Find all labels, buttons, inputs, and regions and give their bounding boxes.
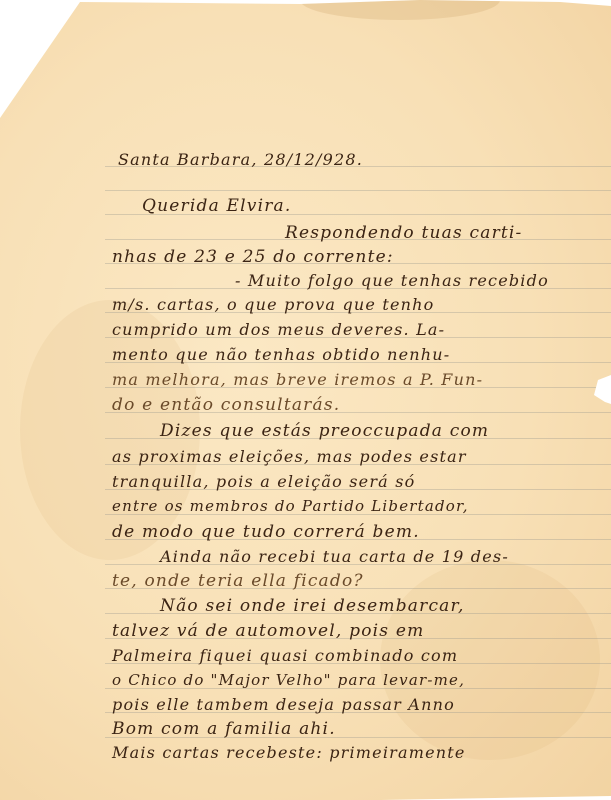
letter-line: de modo que tudo correrá bem. <box>112 522 420 542</box>
letter-line: entre os membros do Partido Libertador, <box>112 497 469 515</box>
letter-line: Mais cartas recebeste: primeiramente <box>112 743 466 762</box>
letter-line: Palmeira fiquei quasi combinado com <box>112 646 458 665</box>
letter-line: Não sei onde irei desembarcar, <box>160 596 465 616</box>
letter-paper: Santa Barbara, 28/12/928. Querida Elvira… <box>0 0 611 800</box>
letter-line: Dizes que estás preoccupada com <box>160 421 489 441</box>
letter-line: tranquilla, pois a eleição será só <box>112 472 415 491</box>
letter-line: - Muito folgo que tenhas recebido <box>235 271 549 290</box>
letter-line: mento que não tenhas obtido nenhu- <box>112 345 450 364</box>
letter-line: Respondendo tuas carti- <box>285 223 523 243</box>
letter-line: m/s. cartas, o que prova que tenho <box>112 295 435 314</box>
letter-line: talvez vá de automovel, pois em <box>112 621 424 641</box>
letter-date-line: Santa Barbara, 28/12/928. <box>118 150 363 169</box>
letter-line: ma melhora, mas breve iremos a P. Fun- <box>112 370 483 389</box>
letter-line: Ainda não recebi tua carta de 19 des- <box>160 547 509 566</box>
letter-line: o Chico do "Major Velho" para levar-me, <box>112 671 465 689</box>
letter-salutation: Querida Elvira. <box>142 196 291 216</box>
letter-line: cumprido um dos meus deveres. La- <box>112 320 445 339</box>
letter-line: Bom com a familia ahi. <box>112 719 336 739</box>
letter-line: as proximas eleições, mas podes estar <box>112 447 467 466</box>
paper-stain <box>300 0 500 20</box>
letter-line: te, onde teria ella ficado? <box>112 571 364 591</box>
letter-line: nhas de 23 e 25 do corrente: <box>112 247 394 267</box>
letter-line: do e então consultarás. <box>112 395 340 415</box>
letter-line: pois elle tambem deseja passar Anno <box>112 695 455 714</box>
